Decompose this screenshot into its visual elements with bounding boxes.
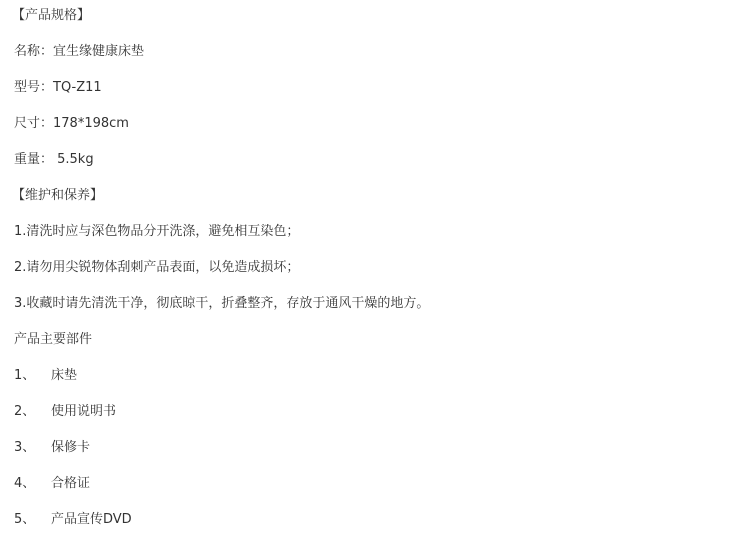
parts-item: 3、保修卡 xyxy=(14,438,750,474)
care-item: 2.请勿用尖锐物体刮刺产品表面，以免造成损坏； xyxy=(14,258,750,294)
spec-heading: 【产品规格】 xyxy=(12,6,750,42)
spec-weight: 重量： 5.5kg xyxy=(14,150,750,186)
parts-item-label: 使用说明书 xyxy=(51,404,116,419)
parts-item-label: 床垫 xyxy=(51,368,77,383)
parts-item-number: 3、 xyxy=(14,438,51,458)
parts-item: 1、床垫 xyxy=(14,366,750,402)
parts-item-label: 保修卡 xyxy=(51,440,90,455)
care-item: 1.清洗时应与深色物品分开洗涤，避免相互染色； xyxy=(14,222,750,258)
parts-item-number: 4、 xyxy=(14,474,51,494)
parts-item: 2、使用说明书 xyxy=(14,402,750,438)
parts-item: 4、合格证 xyxy=(14,474,750,510)
spec-model: 型号：TQ-Z11 xyxy=(14,78,750,114)
care-heading: 【维护和保养】 xyxy=(12,186,750,222)
care-item: 3.收藏时请先清洗干净，彻底晾干，折叠整齐，存放于通风干燥的地方。 xyxy=(14,294,750,330)
parts-item-number: 5、 xyxy=(14,510,51,530)
parts-heading: 产品主要部件 xyxy=(14,330,750,366)
spec-size: 尺寸：178*198cm xyxy=(14,114,750,150)
parts-item: 5、产品宣传DVD xyxy=(14,510,750,546)
parts-item-number: 2、 xyxy=(14,402,51,422)
parts-item-label: 合格证 xyxy=(51,476,90,491)
parts-item-number: 1、 xyxy=(14,366,51,386)
product-document: 【产品规格】 名称：宜生缘健康床垫 型号：TQ-Z11 尺寸：178*198cm… xyxy=(14,6,750,546)
spec-name: 名称：宜生缘健康床垫 xyxy=(14,42,750,78)
parts-item-label: 产品宣传DVD xyxy=(51,512,132,527)
